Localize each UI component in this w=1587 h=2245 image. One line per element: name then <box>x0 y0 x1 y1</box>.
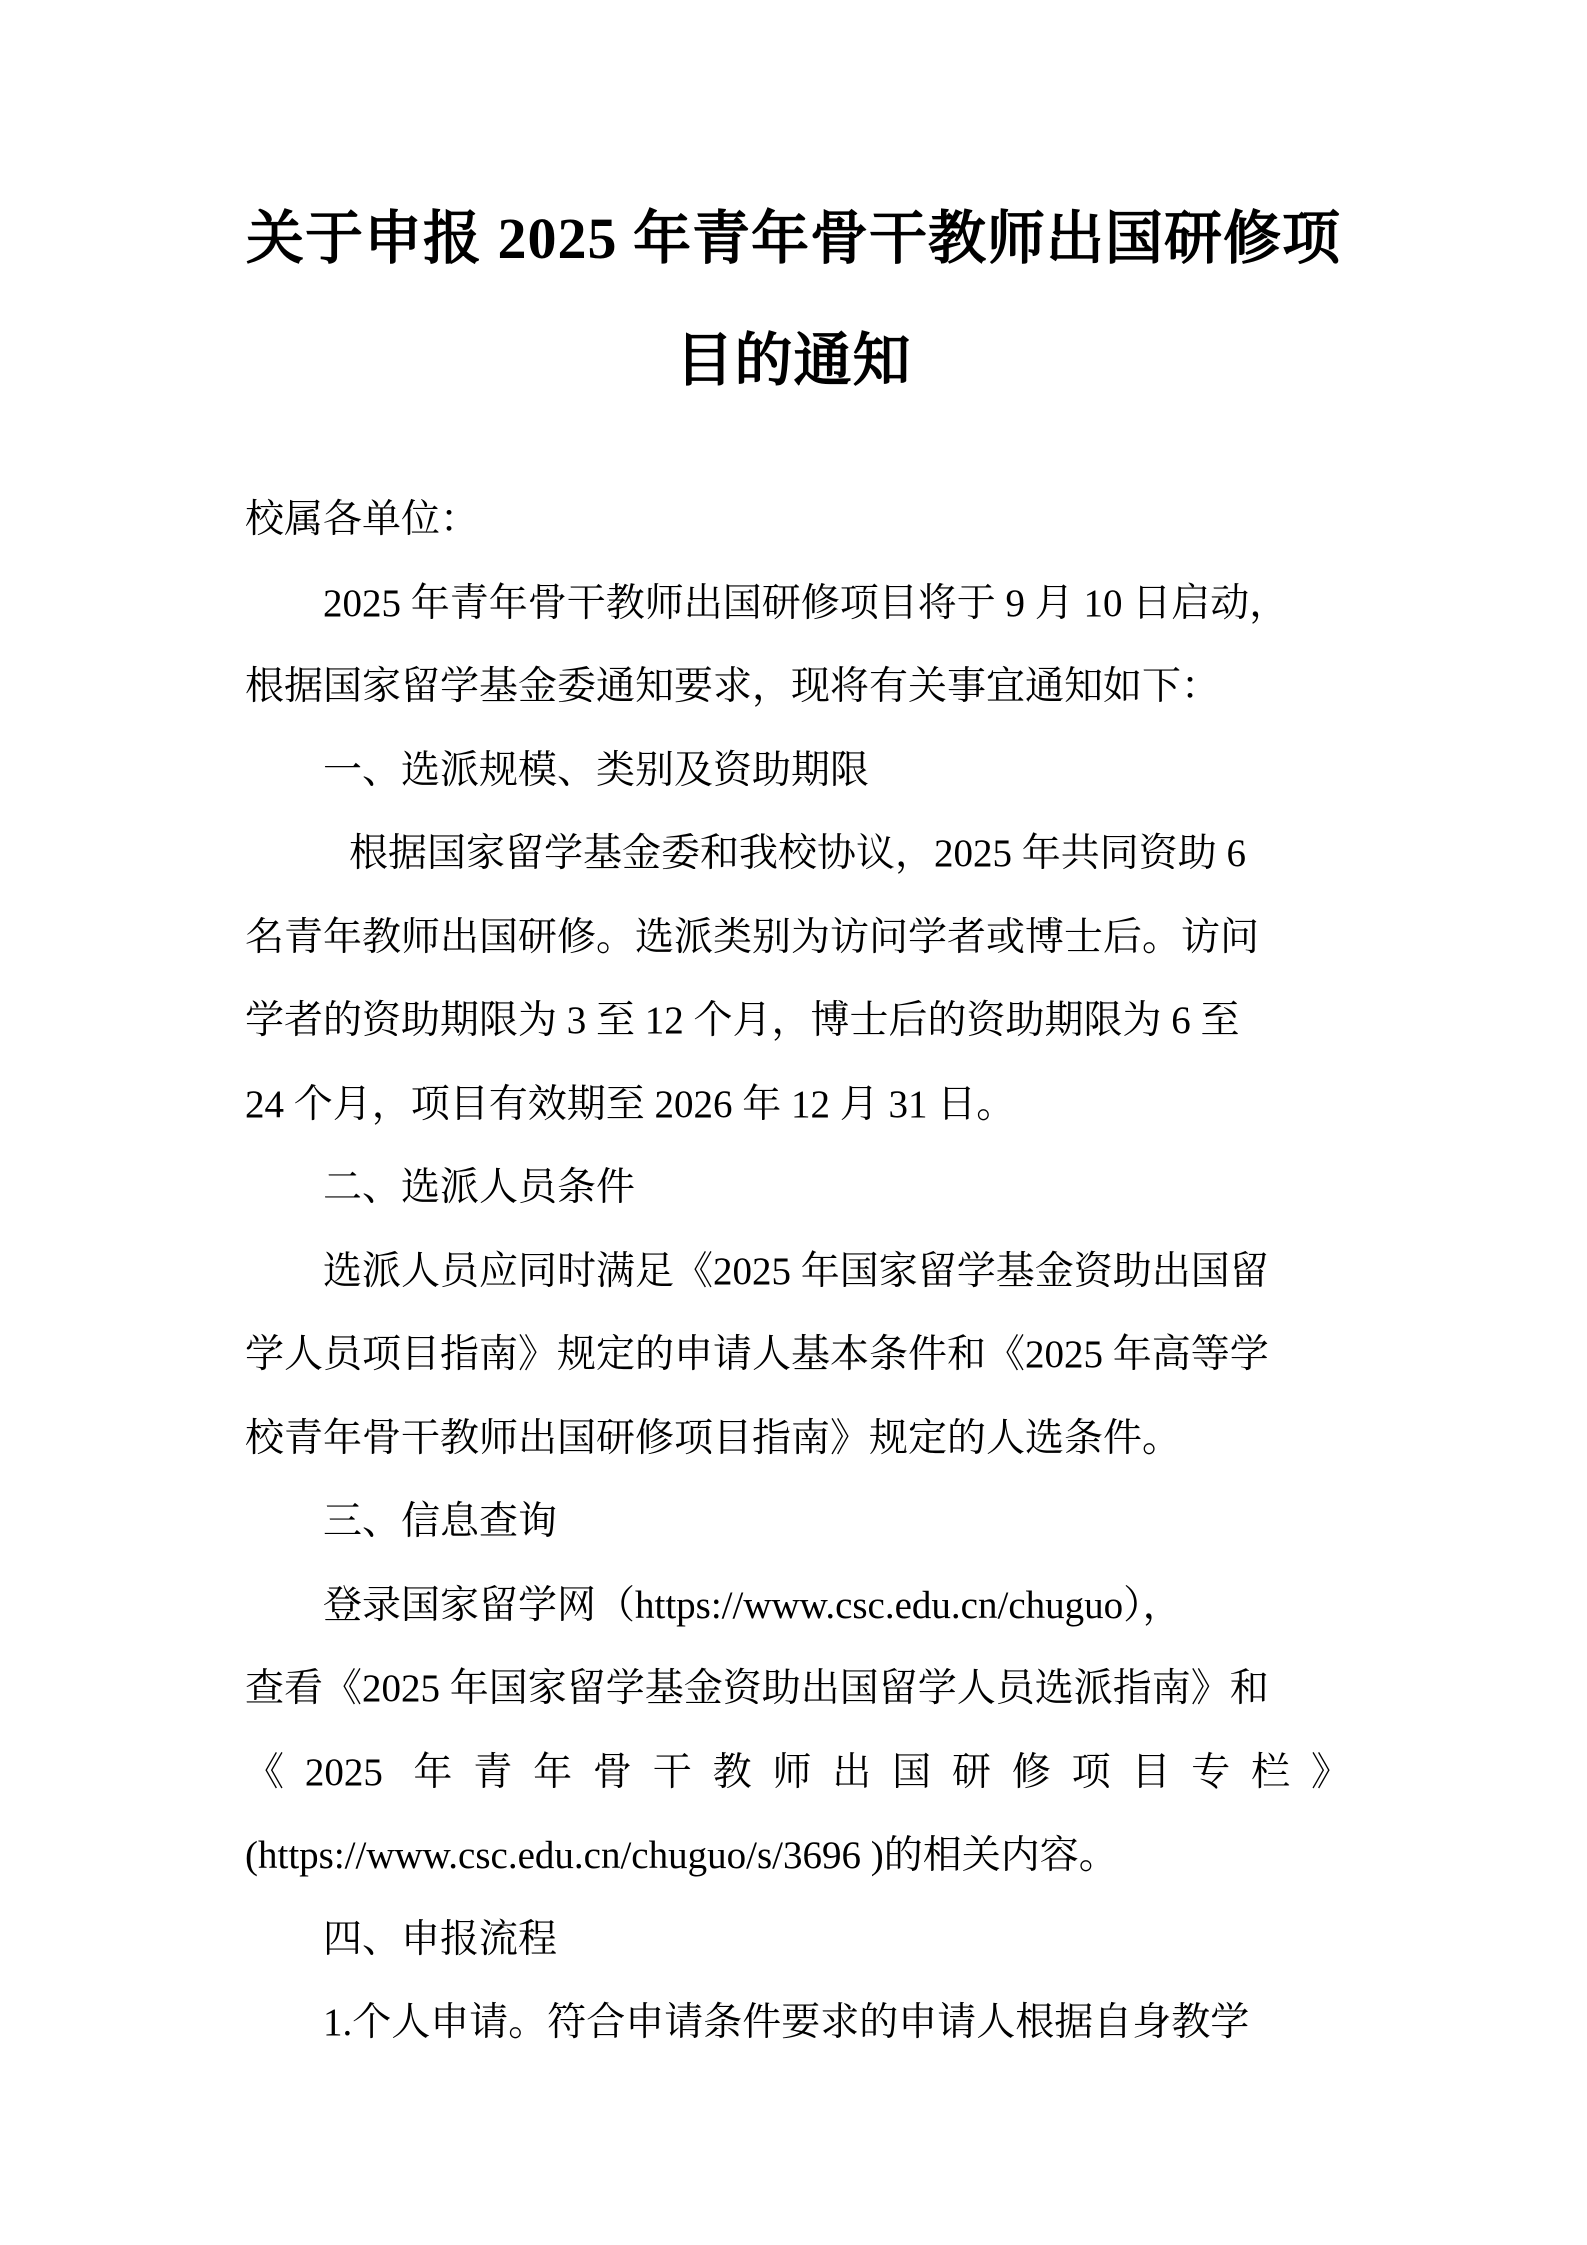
text-line: 根据国家留学基金委通知要求，现将有关事宜通知如下： <box>245 645 1350 729</box>
text-line: 《2025 年青年骨干教师出国研修项目专栏》 <box>245 1731 1350 1815</box>
text-line: 根据国家留学基金委和我校协议，2025 年共同资助 6 <box>245 812 1350 896</box>
page-title-line1: 关于申报 2025 年青年骨干教师出国研修项 <box>120 178 1467 300</box>
document-page: 关于申报 2025 年青年骨干教师出国研修项 目的通知 校属各单位：2025 年… <box>0 0 1587 2245</box>
text-line: 选派人员应同时满足《2025 年国家留学基金资助出国留 <box>245 1230 1350 1314</box>
text-line: 名青年教师出国研修。选派类别为访问学者或博士后。访问 <box>245 896 1350 980</box>
text-line: 二、选派人员条件 <box>245 1146 1350 1230</box>
page-title-line2: 目的通知 <box>120 300 1467 422</box>
text-line: 三、信息查询 <box>245 1480 1350 1564</box>
text-line: 学人员项目指南》规定的申请人基本条件和《2025 年高等学 <box>245 1313 1350 1397</box>
text-line: 四、申报流程 <box>245 1898 1350 1982</box>
text-line: 校属各单位： <box>245 478 1350 562</box>
document-body: 校属各单位：2025 年青年骨干教师出国研修项目将于 9 月 10 日启动，根据… <box>245 478 1350 2065</box>
text-line: 校青年骨干教师出国研修项目指南》规定的人选条件。 <box>245 1397 1350 1481</box>
text-line: 2025 年青年骨干教师出国研修项目将于 9 月 10 日启动， <box>245 562 1350 646</box>
text-line: (https://www.csc.edu.cn/chuguo/s/3696 )的… <box>245 1814 1350 1898</box>
text-line: 查看《2025 年国家留学基金资助出国留学人员选派指南》和 <box>245 1647 1350 1731</box>
text-line: 登录国家留学网（https://www.csc.edu.cn/chuguo）， <box>245 1564 1350 1648</box>
text-line: 学者的资助期限为 3 至 12 个月，博士后的资助期限为 6 至 <box>245 979 1350 1063</box>
document-title: 关于申报 2025 年青年骨干教师出国研修项 目的通知 <box>120 178 1467 422</box>
text-line: 一、选派规模、类别及资助期限 <box>245 729 1350 813</box>
text-line: 24 个月，项目有效期至 2026 年 12 月 31 日。 <box>245 1063 1350 1147</box>
text-line: 1.个人申请。符合申请条件要求的申请人根据自身教学 <box>245 1981 1350 2065</box>
